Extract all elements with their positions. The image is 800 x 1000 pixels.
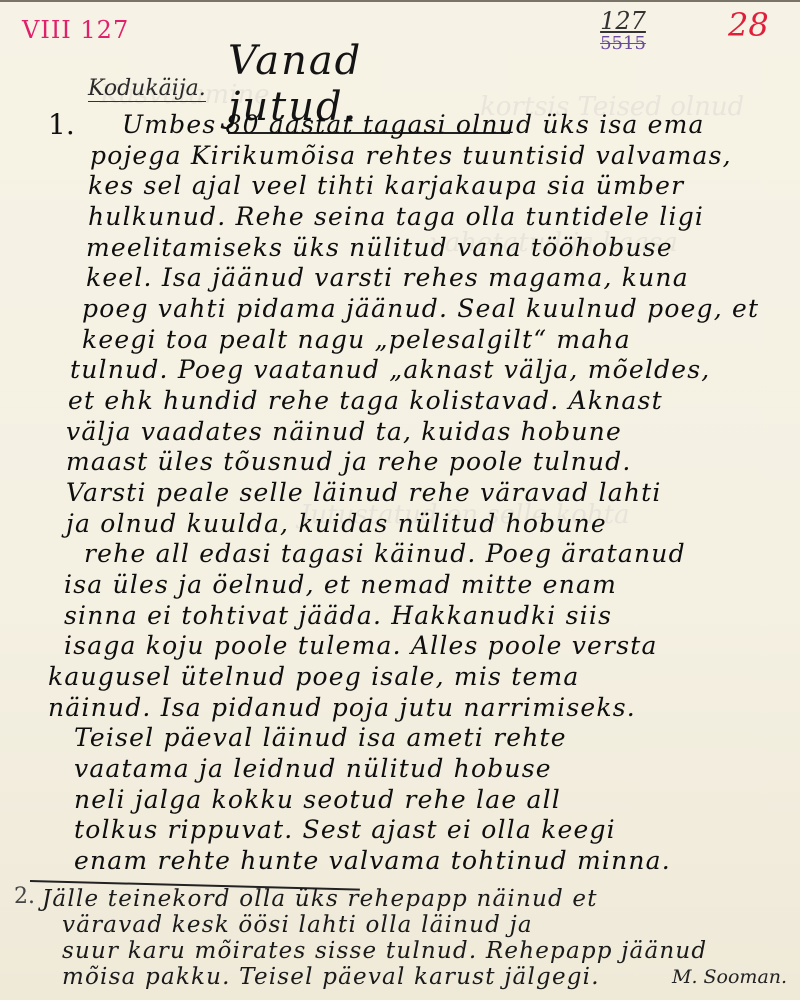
text-line: kes sel ajal veel tihti karjakaupa sia ü… [88, 171, 684, 200]
text-line: isaga koju poole tulema. Alles poole ver… [64, 631, 658, 660]
text-line: vaatama ja leidnud nülitud hobuse [74, 754, 552, 783]
text-line: et ehk hundid rehe taga kolistavad. Akna… [68, 386, 663, 415]
text-line: Umbes 80 aastat tagasi olnud üks isa ema [122, 110, 705, 139]
text-line: isa üles ja öelnud, et nemad mitte enam [64, 570, 617, 599]
text-line: mõisa pakku. Teisel päeval karust jälgeg… [62, 964, 600, 990]
story-number: 2. [14, 884, 35, 909]
text-line: kaugusel ütelnud poeg isale, mis tema [48, 662, 579, 691]
folio-number: 127 5515 [588, 8, 658, 54]
text-line: tulnud. Poeg vaatanud „aknast välja, mõe… [70, 355, 710, 384]
story-subtitle: Kodukäija. [88, 76, 206, 102]
archive-reference: VIII 127 [22, 16, 129, 44]
text-line: meelitamiseks üks nülitud vana tööhobuse [86, 233, 673, 262]
text-line: keegi toa pealt nagu „pelesalgilt“ maha [82, 325, 631, 354]
story-number: 1. [48, 108, 75, 141]
folio-struck: 5515 [588, 34, 658, 54]
author-signature: M. Sooman. [672, 966, 787, 988]
text-line: suur karu mõirates sisse tulnud. Rehepap… [62, 938, 707, 964]
page-number: 28 [728, 6, 769, 44]
manuscript-page: Kasvatamine kortsis Teised olnud vahetat… [0, 0, 800, 1000]
text-line: Teisel päeval läinud isa ameti rehte [74, 723, 567, 752]
text-line: ja olnud kuulda, kuidas nülitud hobune [66, 509, 607, 538]
text-line: sinna ei tohtivat jääda. Hakkanudki siis [64, 601, 612, 630]
text-line: Varsti peale selle läinud rehe väravad l… [66, 478, 662, 507]
text-line: poeg vahti pidama jäänud. Seal kuulnud p… [82, 294, 759, 323]
text-line: Jälle teinekord olla üks rehepapp näinud… [42, 886, 598, 912]
text-line: enam rehte hunte valvama tohtinud minna. [74, 846, 671, 875]
text-line: hulkunud. Rehe seina taga olla tuntidele… [88, 202, 704, 231]
folio-current: 127 [588, 8, 658, 34]
text-line: neli jalga kokku seotud rehe lae all [74, 785, 561, 814]
text-line: pojega Kirikumõisa rehtes tuuntisid valv… [90, 141, 732, 170]
text-line: tolkus rippuvat. Sest ajast ei olla keeg… [74, 815, 616, 844]
text-line: välja vaadates näinud ta, kuidas hobune [66, 417, 622, 446]
text-line: väravad kesk öösi lahti olla läinud ja [62, 912, 533, 938]
text-line: näinud. Isa pidanud poja jutu narrimisek… [48, 693, 636, 722]
text-line: keel. Isa jäänud varsti rehes magama, ku… [86, 263, 689, 292]
text-line: rehe all edasi tagasi käinud. Poeg ärata… [84, 539, 686, 568]
text-line: maast üles tõusnud ja rehe poole tulnud. [66, 447, 632, 476]
